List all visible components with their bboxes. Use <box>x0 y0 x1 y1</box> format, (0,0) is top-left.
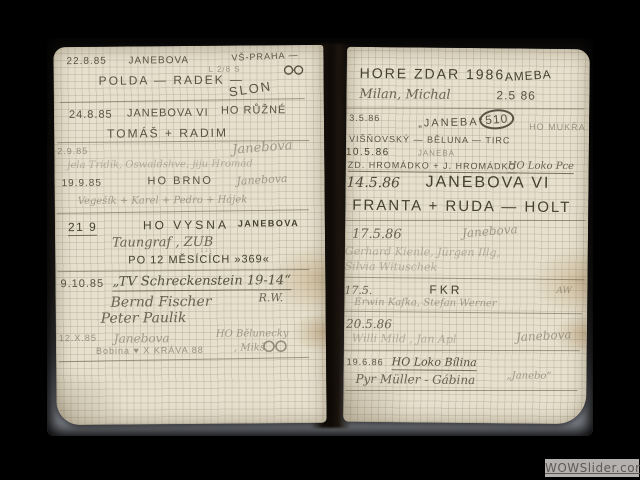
entry-date: 10.5.86 <box>346 147 390 158</box>
entry-name: JANEBOVA <box>238 218 299 229</box>
entry-location: HO Loko Bílina <box>392 355 477 371</box>
entry-date: 19.6.86 <box>347 357 384 367</box>
glasses-doodle-icon <box>263 339 289 353</box>
ruled-line <box>345 390 577 391</box>
entry-name: JANEBOVA VI <box>425 174 550 193</box>
entry-name: Janebova <box>516 327 572 344</box>
entry-note: L 2/8 S <box>209 65 241 74</box>
entry-initials: AW <box>556 286 571 296</box>
entry-title: HORE ZDAR 1986 <box>360 65 506 83</box>
entry-note: PO 12 MĚSÍCÍCH »369« <box>128 253 270 266</box>
entry-names: TOMÁŠ + RADIM <box>107 126 228 141</box>
entry-date: 14.5.86 <box>346 175 400 192</box>
entry-location: HO VYSNA <box>143 218 229 233</box>
entry-initials: R.W. <box>258 291 283 304</box>
entry-names: ZD. HROMÁDKO + J. HROMÁDKO <box>348 160 517 174</box>
ruled-line <box>345 277 585 281</box>
ruled-line <box>59 357 309 362</box>
entry-club: FKR <box>429 283 462 297</box>
glasses-doodle-icon <box>284 64 306 75</box>
entry-note: , Mikš <box>234 342 265 353</box>
entry-date: 17.5. <box>344 284 372 297</box>
entry-name: JANEBOVA <box>128 55 189 67</box>
right-page: HORE ZDAR 1986 AMEBA Milan, Michal 2.5 8… <box>343 47 590 425</box>
entry-date: 21 9 <box>68 220 97 236</box>
entry-names: Milan, Michal <box>359 87 450 103</box>
watermark-link[interactable]: WOWSlider.com <box>545 459 639 477</box>
entry-date: 3.5.86 <box>349 113 380 123</box>
entry-names: Willi Mild , Jan Apl <box>352 332 457 346</box>
slider-stage: 22.8.85 JANEBOVA VŠ-PRAHA — POLDA — RADE… <box>0 0 640 480</box>
circled-number: 510 <box>479 108 515 131</box>
entry-names: Bernd Fischer <box>111 294 212 311</box>
notebook-photo: 22.8.85 JANEBOVA VŠ-PRAHA — POLDA — RADE… <box>47 38 593 436</box>
entry-name: Janebova <box>232 138 293 158</box>
entry-names: Taungraf , ZUB <box>112 235 213 251</box>
entry-names: FRANTA + RUDA — HOLT <box>352 197 571 216</box>
ruled-line <box>345 220 585 221</box>
entry-date: 24.8.85 <box>69 109 113 121</box>
entry-names: Peter Paulik <box>101 310 187 327</box>
entry-name: JANEBA <box>418 148 455 157</box>
entry-name: Janebova <box>114 331 170 345</box>
entry-date: 20.5.86 <box>346 317 392 331</box>
ruled-line <box>346 108 584 110</box>
entry-date: 2.9.85 <box>57 146 88 156</box>
entry-name: Janebova <box>462 222 519 240</box>
entry-title: „TV Schreckenstein 19-14“ <box>112 273 291 292</box>
left-page: 22.8.85 JANEBOVA VŠ-PRAHA — POLDA — RADE… <box>53 45 326 425</box>
entry-date: 2.5 86 <box>496 88 536 102</box>
entry-names: POLDA — RADEK — <box>99 73 244 88</box>
ruled-line <box>57 209 309 214</box>
entry-date: 19.9.85 <box>61 178 101 189</box>
ruled-line <box>344 350 580 351</box>
ruled-line <box>60 98 305 103</box>
entry-location: HO Loko Pce <box>508 160 574 174</box>
entry-club: AMEBA <box>504 67 552 84</box>
entry-names: Silvia Wituschek <box>345 260 438 274</box>
entry-names: Pyr Müller - Gábina <box>355 372 475 387</box>
entry-date: 17.5.86 <box>352 227 402 243</box>
entry-names: jela Tridík, Oswaldshve, jiju Hromád <box>67 158 252 171</box>
entry-note: „Janebo“ <box>506 370 551 381</box>
entry-location: HO BRNO <box>147 175 212 188</box>
entry-date: 12.X.85 <box>59 333 97 343</box>
ruled-line <box>344 311 582 314</box>
entry-name: Janebova <box>236 172 288 188</box>
entry-names: VIŠŇOVSKÝ — BĚLUNA — TIRC <box>349 134 510 146</box>
entry-date: 9.10.85 <box>60 278 104 290</box>
entry-location: HO Bělunecky <box>216 328 289 340</box>
entry-name: „JANEBA“ <box>418 116 484 130</box>
ruled-line <box>57 269 309 272</box>
entry-names: Bobina ♥ X KRÁVA 88 <box>96 345 204 356</box>
entry-location: HO RŮŽNÉ <box>221 104 287 117</box>
entry-names: Erwin Kafka, Stefan Werner <box>354 297 496 309</box>
entry-names: Gerhard Kienle, Jürgen Illg, <box>345 245 500 260</box>
entry-names: Vegešík + Karel + Pedro + Hájek <box>78 194 248 206</box>
entry-date: 22.8.85 <box>66 56 106 67</box>
entry-location: HO MUKŘA <box>529 122 586 133</box>
entry-location: VŠ-PRAHA — <box>231 50 298 63</box>
entry-name: JANEBOVA VI <box>127 107 209 120</box>
